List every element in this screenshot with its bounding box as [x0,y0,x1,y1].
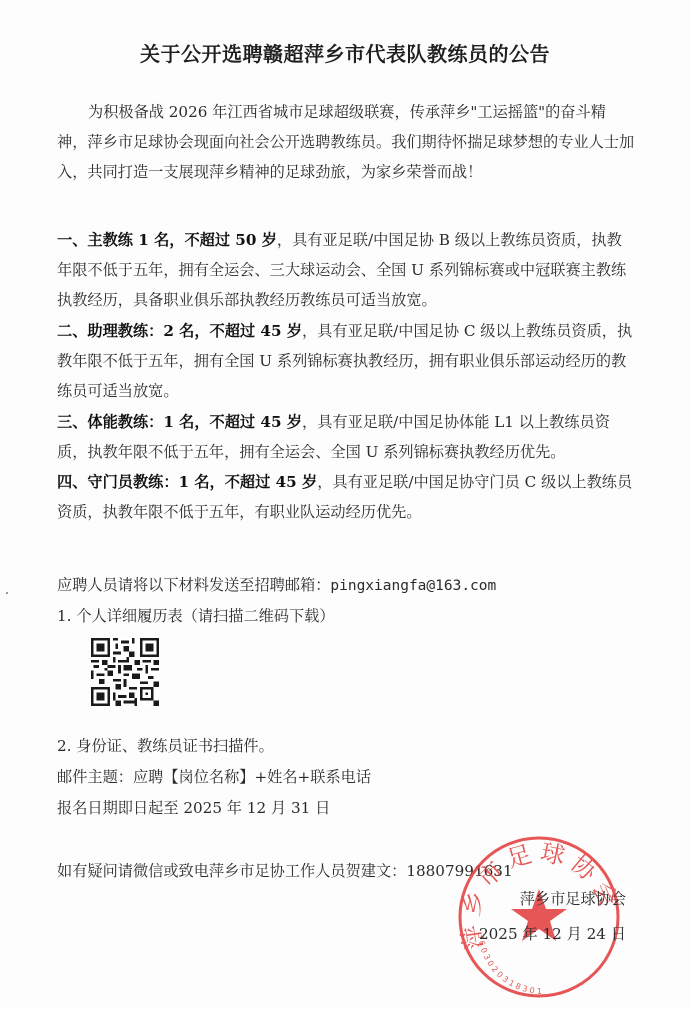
position-heading: 二、助理教练：2 名，不超过 45 岁 [57,322,302,340]
scan-speck [6,592,8,594]
email-line: 应聘人员请将以下材料发送至招聘邮箱：pingxiangfa@163.com [57,573,496,598]
document-page: 关于公开选聘赣超萍乡市代表队教练员的公告 为积极备战 2026 年江西省城市足球… [0,0,690,1009]
email-prompt: 应聘人员请将以下材料发送至招聘邮箱： [57,576,330,594]
signature-date: 2025 年 12 月 24 日 [479,922,626,946]
official-seal-icon: 萍乡市足球协会 3603020318301 [456,834,622,1000]
intro-paragraph: 为积极备战 2026 年江西省城市足球超级联赛，传承萍乡"工运摇篮"的奋斗精神，… [57,97,635,187]
material-1: 1. 个人详细履历表（请扫描二维码下载） [57,604,335,628]
contact-line: 如有疑问请微信或致电萍乡市足协工作人员贺建文：18807991631 [57,859,513,883]
position-heading: 一、主教练 1 名，不超过 50 岁 [57,231,277,249]
signature-org: 萍乡市足球协会 [520,887,626,911]
qr-code [91,638,159,706]
position-fitness-coach: 三、体能教练：1 名，不超过 45 岁，具有亚足联/中国足协体能 L1 以上教练… [57,407,635,467]
position-heading: 四、守门员教练：1 名，不超过 45 岁 [57,473,317,491]
position-head-coach: 一、主教练 1 名，不超过 50 岁，具有亚足联/中国足协 B 级以上教练员资质… [57,225,635,315]
page-title: 关于公开选聘赣超萍乡市代表队教练员的公告 [0,38,690,67]
email-link[interactable]: pingxiangfa@163.com [330,578,496,594]
email-subject-format: 邮件主题：应聘【岗位名称】+姓名+联系电话 [57,765,371,789]
position-heading: 三、体能教练：1 名，不超过 45 岁 [57,413,302,431]
material-2: 2. 身份证、教练员证书扫描件。 [57,734,274,758]
position-assistant-coach: 二、助理教练：2 名，不超过 45 岁，具有亚足联/中国足协 C 级以上教练员资… [57,316,635,406]
deadline: 报名日期即日起至 2025 年 12 月 31 日 [57,796,330,820]
position-goalkeeper-coach: 四、守门员教练：1 名，不超过 45 岁，具有亚足联/中国足协守门员 C 级以上… [57,467,635,527]
